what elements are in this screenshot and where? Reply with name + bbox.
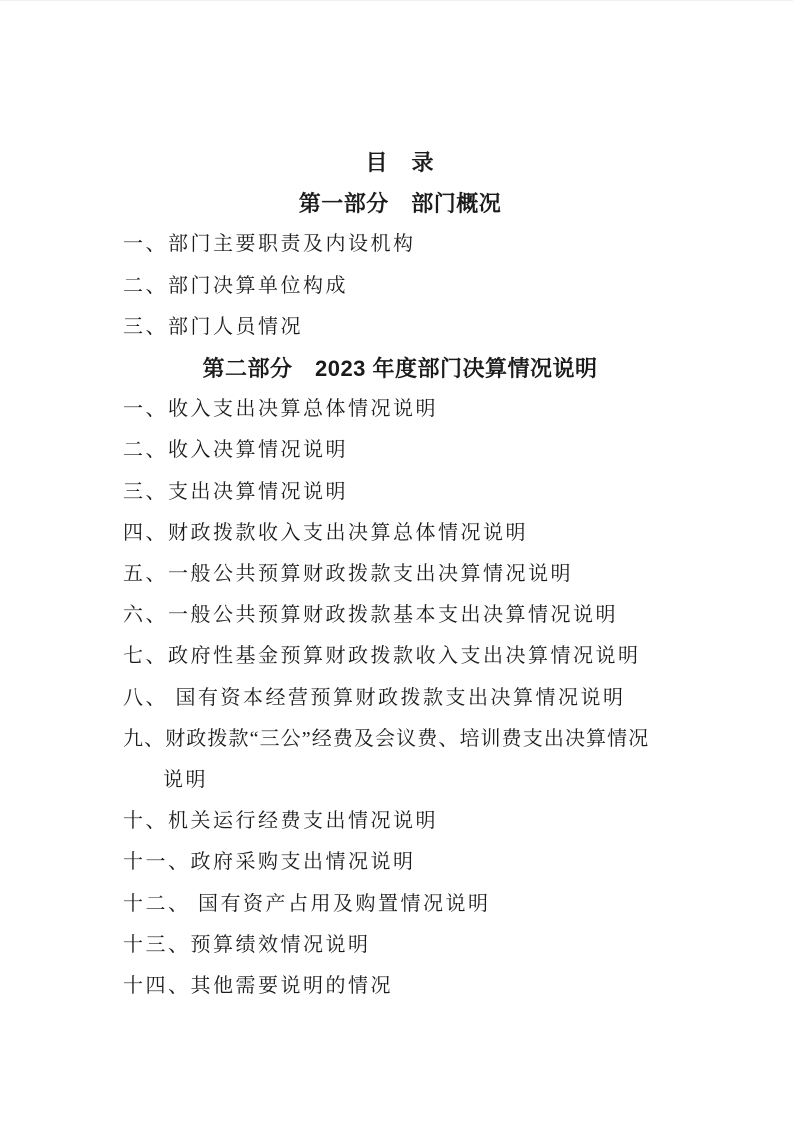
document-page: 目 录 第一部分 部门概况 一、部门主要职责及内设机构 二、部门决算单位构成 三… <box>0 0 793 1123</box>
toc-item-p2-14: 十四、其他需要说明的情况 <box>123 966 677 1007</box>
toc-item-p1-3: 三、部门人员情况 <box>123 307 677 348</box>
toc-item-p2-3: 三、支出决算情况说明 <box>123 472 677 513</box>
toc-item-p2-13: 十三、预算绩效情况说明 <box>123 925 677 966</box>
toc-item-p2-11: 十一、政府采购支出情况说明 <box>123 842 677 883</box>
toc-item-p2-9: 九、财政拨款“三公”经费及会议费、培训费支出决算情况 <box>123 719 677 760</box>
toc-item-p2-12: 十二、 国有资产占用及购置情况说明 <box>123 884 677 925</box>
toc-item-p2-1: 一、收入支出决算总体情况说明 <box>123 389 677 430</box>
toc-item-p2-9-continuation: 说明 <box>123 760 677 801</box>
toc-item-p2-10: 十、机关运行经费支出情况说明 <box>123 801 677 842</box>
toc-item-p1-2: 二、部门决算单位构成 <box>123 266 677 307</box>
toc-item-p2-4: 四、财政拨款收入支出决算总体情况说明 <box>123 513 677 554</box>
table-of-contents: 目 录 第一部分 部门概况 一、部门主要职责及内设机构 二、部门决算单位构成 三… <box>123 142 677 1007</box>
part2-heading: 第二部分 2023 年度部门决算情况说明 <box>123 348 677 389</box>
toc-item-p2-6: 六、一般公共预算财政拨款基本支出决算情况说明 <box>123 595 677 636</box>
toc-item-p1-1: 一、部门主要职责及内设机构 <box>123 224 677 265</box>
toc-item-p2-2: 二、收入决算情况说明 <box>123 430 677 471</box>
toc-item-p2-7: 七、政府性基金预算财政拨款收入支出决算情况说明 <box>123 636 677 677</box>
toc-item-p2-8: 八、 国有资本经营预算财政拨款支出决算情况说明 <box>123 678 677 719</box>
toc-item-p2-5: 五、一般公共预算财政拨款支出决算情况说明 <box>123 554 677 595</box>
toc-title: 目 录 <box>123 142 677 183</box>
part1-heading: 第一部分 部门概况 <box>123 183 677 224</box>
